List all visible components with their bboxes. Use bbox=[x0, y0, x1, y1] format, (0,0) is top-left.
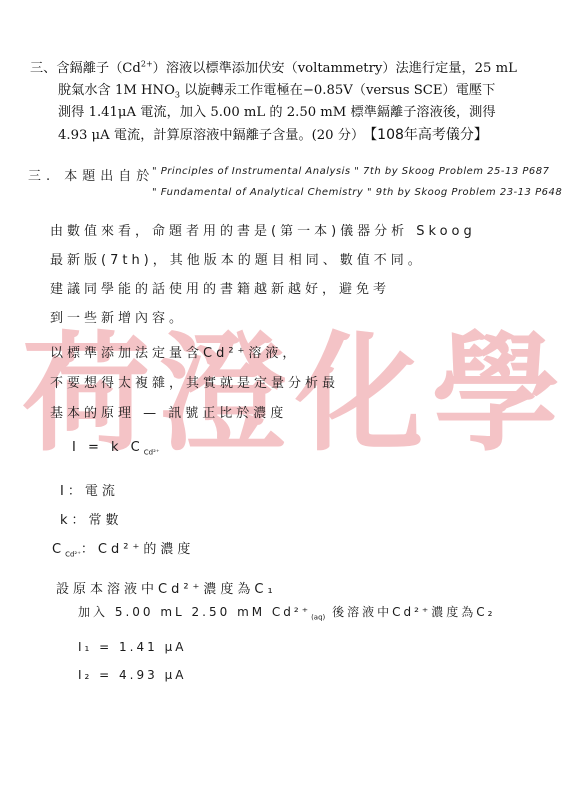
def-text: ：Cd²⁺的濃度 bbox=[81, 542, 194, 557]
def-text: ：常數 bbox=[72, 513, 123, 528]
setup-line-1: 設原本溶液中Cd²⁺濃度為C₁ bbox=[56, 578, 277, 597]
formula-text: I = k C bbox=[72, 440, 144, 455]
setup-text: 加入 5.00 mL 2.50 mM Cd²⁺ bbox=[78, 605, 311, 619]
setup-text: 後溶液中Cd²⁺濃度為C₂ bbox=[325, 605, 495, 619]
formula: I = k CCd²⁺ bbox=[72, 440, 160, 457]
def-symbol: C bbox=[52, 542, 65, 557]
question-line-3: 測得 1.41μA 電流，加入 5.00 mL 的 2.50 mM 標準鎘離子溶… bbox=[30, 102, 550, 124]
def-symbol: k bbox=[60, 513, 72, 528]
paragraph-1-line-4: 到一些新增內容。 bbox=[50, 307, 186, 326]
definition-current: I：電流 bbox=[60, 480, 119, 499]
definition-constant: k：常數 bbox=[60, 509, 123, 528]
reference-1: " Principles of Instrumental Analysis " … bbox=[152, 166, 550, 177]
def-subscript: Cd²⁺ bbox=[65, 551, 81, 559]
paragraph-2-line-2: 不要想得太複雜，其實就是定量分析最 bbox=[50, 372, 339, 391]
question-line-4: 4.93 μA 電流，計算原溶液中鎘離子含量。(20 分）【108年高考儀分】 bbox=[30, 124, 550, 147]
exam-question: 三、含鎘離子（Cd2+）溶液以標準添加伏安（voltammetry）法進行定量，… bbox=[30, 58, 550, 147]
current-1: I₁ = 1.41 μA bbox=[78, 640, 186, 654]
current-2: I₂ = 4.93 μA bbox=[78, 668, 186, 682]
answer-heading: 三. 本題出自於 bbox=[28, 165, 154, 184]
def-text: ：電流 bbox=[68, 484, 119, 499]
question-text: 含鎘離子（Cd bbox=[56, 61, 140, 76]
question-line-2: 脫氣水含 1M HNO3 以旋轉汞工作電極在−0.85V（versus SCE）… bbox=[30, 80, 550, 102]
paragraph-1-line-2: 最新版(7th)，其他版本的題目相同、數值不同。 bbox=[50, 249, 425, 268]
superscript: 2+ bbox=[141, 60, 153, 69]
paragraph-2-line-1: 以標準添加法定量含Cd²⁺溶液， bbox=[50, 342, 299, 361]
source-tag: 【108年高考儀分】 bbox=[370, 127, 488, 143]
paragraph-1-line-3: 建議同學能的話使用的書籍越新越好，避免考 bbox=[50, 278, 390, 297]
watermark-char: 化 bbox=[295, 330, 425, 460]
reference-2: " Fundamental of Analytical Chemistry " … bbox=[152, 187, 562, 198]
question-text: 脫氣水含 1M HNO bbox=[58, 83, 175, 98]
question-line-1: 三、含鎘離子（Cd2+）溶液以標準添加伏安（voltammetry）法進行定量，… bbox=[30, 58, 550, 80]
question-text: ）溶液以標準添加伏安（voltammetry）法進行定量，25 mL bbox=[153, 61, 517, 76]
question-text: 以旋轉汞工作電極在−0.85V（versus SCE）電壓下 bbox=[180, 83, 495, 98]
question-number: 三、 bbox=[30, 61, 56, 76]
setup-subscript: (aq) bbox=[311, 613, 325, 621]
setup-line-2: 加入 5.00 mL 2.50 mM Cd²⁺(aq) 後溶液中Cd²⁺濃度為C… bbox=[78, 603, 495, 621]
formula-subscript: Cd²⁺ bbox=[144, 449, 160, 457]
paragraph-1-line-1: 由數值來看，命題者用的書是(第一本)儀器分析 Skoog bbox=[50, 220, 476, 239]
watermark-char: 學 bbox=[432, 330, 562, 460]
question-text: 4.93 μA 電流，計算原溶液中鎘離子含量。(20 分） bbox=[58, 128, 364, 143]
paragraph-2-line-3: 基本的原理 — 訊號正比於濃度 bbox=[50, 402, 287, 421]
definition-concentration: CCd²⁺：Cd²⁺的濃度 bbox=[52, 538, 194, 559]
def-symbol: I bbox=[60, 484, 68, 499]
